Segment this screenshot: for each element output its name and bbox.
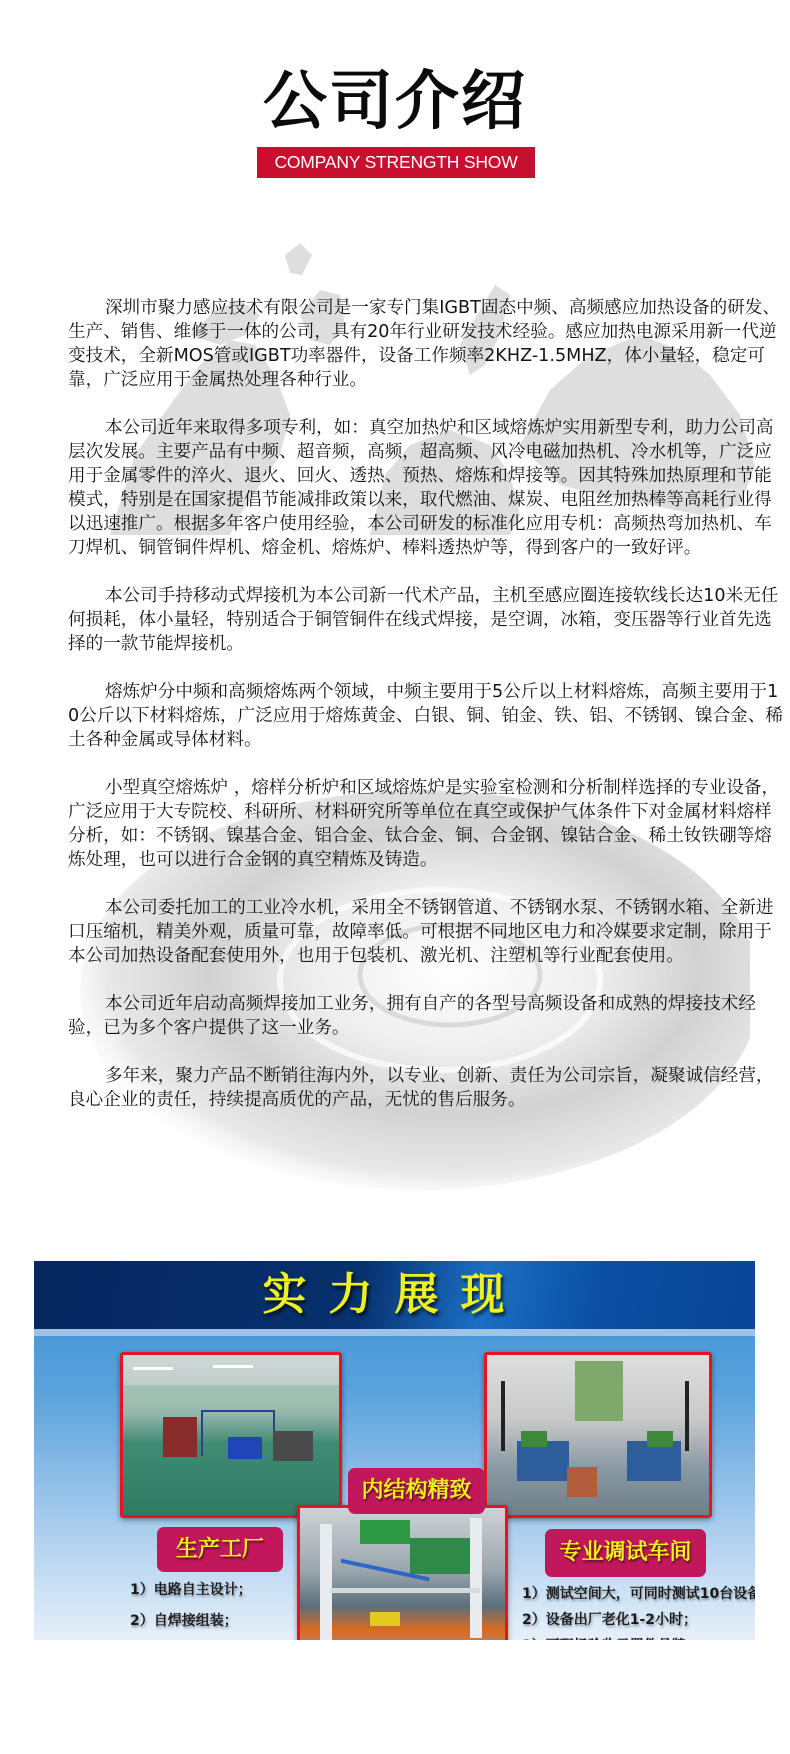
banner-title: 实力展现 <box>34 1269 755 1321</box>
workshop-label: 专业调试车间 <box>545 1529 706 1577</box>
page-title: 公司介绍 <box>0 62 790 142</box>
factory-label: 生产工厂 <box>157 1527 283 1572</box>
factory-feature-list: 1）电路自主设计； 2）自焊接组装； 3）根据客户要求定制； <box>130 1575 280 1640</box>
banner-divider <box>34 1329 755 1336</box>
workshop-photo <box>484 1352 712 1518</box>
company-intro-text: 深圳市聚力感应技术有限公司是一家专门集IGBT固态中频、高频感应加热设备的研发、… <box>68 296 784 1136</box>
subtitle-banner: COMPANY STRENGTH SHOW <box>257 147 535 178</box>
workshop-feature-item: 1）测试空间大，可同时测试10台设备； <box>522 1581 755 1607</box>
strength-showcase-banner: 实力展现 内结构精致 生产工厂 1）电路自主设计； 2）自焊接组装； 3）根据 <box>34 1261 755 1640</box>
intro-paragraph-3: 本公司手持移动式焊接机为本公司新一代术产品，主机至感应圈连接软线长达10米无任何… <box>68 584 784 656</box>
intro-paragraph-8: 多年来，聚力产品不断销往海内外，以专业、创新、责任为公司宗旨，凝聚诚信经营，良心… <box>68 1064 784 1112</box>
intro-paragraph-6: 本公司委托加工的工业冷水机，采用全不锈钢管道、不锈钢水泵、不锈钢水箱、全新进口压… <box>68 896 784 968</box>
intro-paragraph-7: 本公司近年启动高频焊接加工业务，拥有自产的各型号高频设备和成熟的焊接技术经验，已… <box>68 992 784 1040</box>
workshop-feature-item: 2）设备出厂老化1-2小时； <box>522 1607 755 1633</box>
factory-photo <box>120 1352 342 1518</box>
intro-paragraph-1: 深圳市聚力感应技术有限公司是一家专门集IGBT固态中频、高频感应加热设备的研发、… <box>68 296 784 392</box>
factory-feature-item: 3）根据客户要求定制； <box>130 1637 280 1640</box>
workshop-feature-item: 3）可现场验收元器件品牌； <box>522 1633 755 1640</box>
interior-structure-photo <box>297 1505 508 1640</box>
intro-paragraph-5: 小型真空熔炼炉 ，熔样分析炉和区域熔炼炉是实验室检测和分析制样选择的专业设备，广… <box>68 776 784 872</box>
factory-feature-item: 2）自焊接组装； <box>130 1606 280 1637</box>
factory-feature-item: 1）电路自主设计； <box>130 1575 280 1606</box>
intro-paragraph-4: 熔炼炉分中频和高频熔炼两个领域，中频主要用于5公斤以上材料熔炼，高频主要用于10… <box>68 680 784 752</box>
interior-structure-label: 内结构精致 <box>348 1468 485 1514</box>
workshop-feature-list: 1）测试空间大，可同时测试10台设备； 2）设备出厂老化1-2小时； 3）可现场… <box>522 1581 755 1640</box>
intro-paragraph-2: 本公司近年来取得多项专利，如：真空加热炉和区域熔炼炉实用新型专利，助力公司高层次… <box>68 416 784 560</box>
